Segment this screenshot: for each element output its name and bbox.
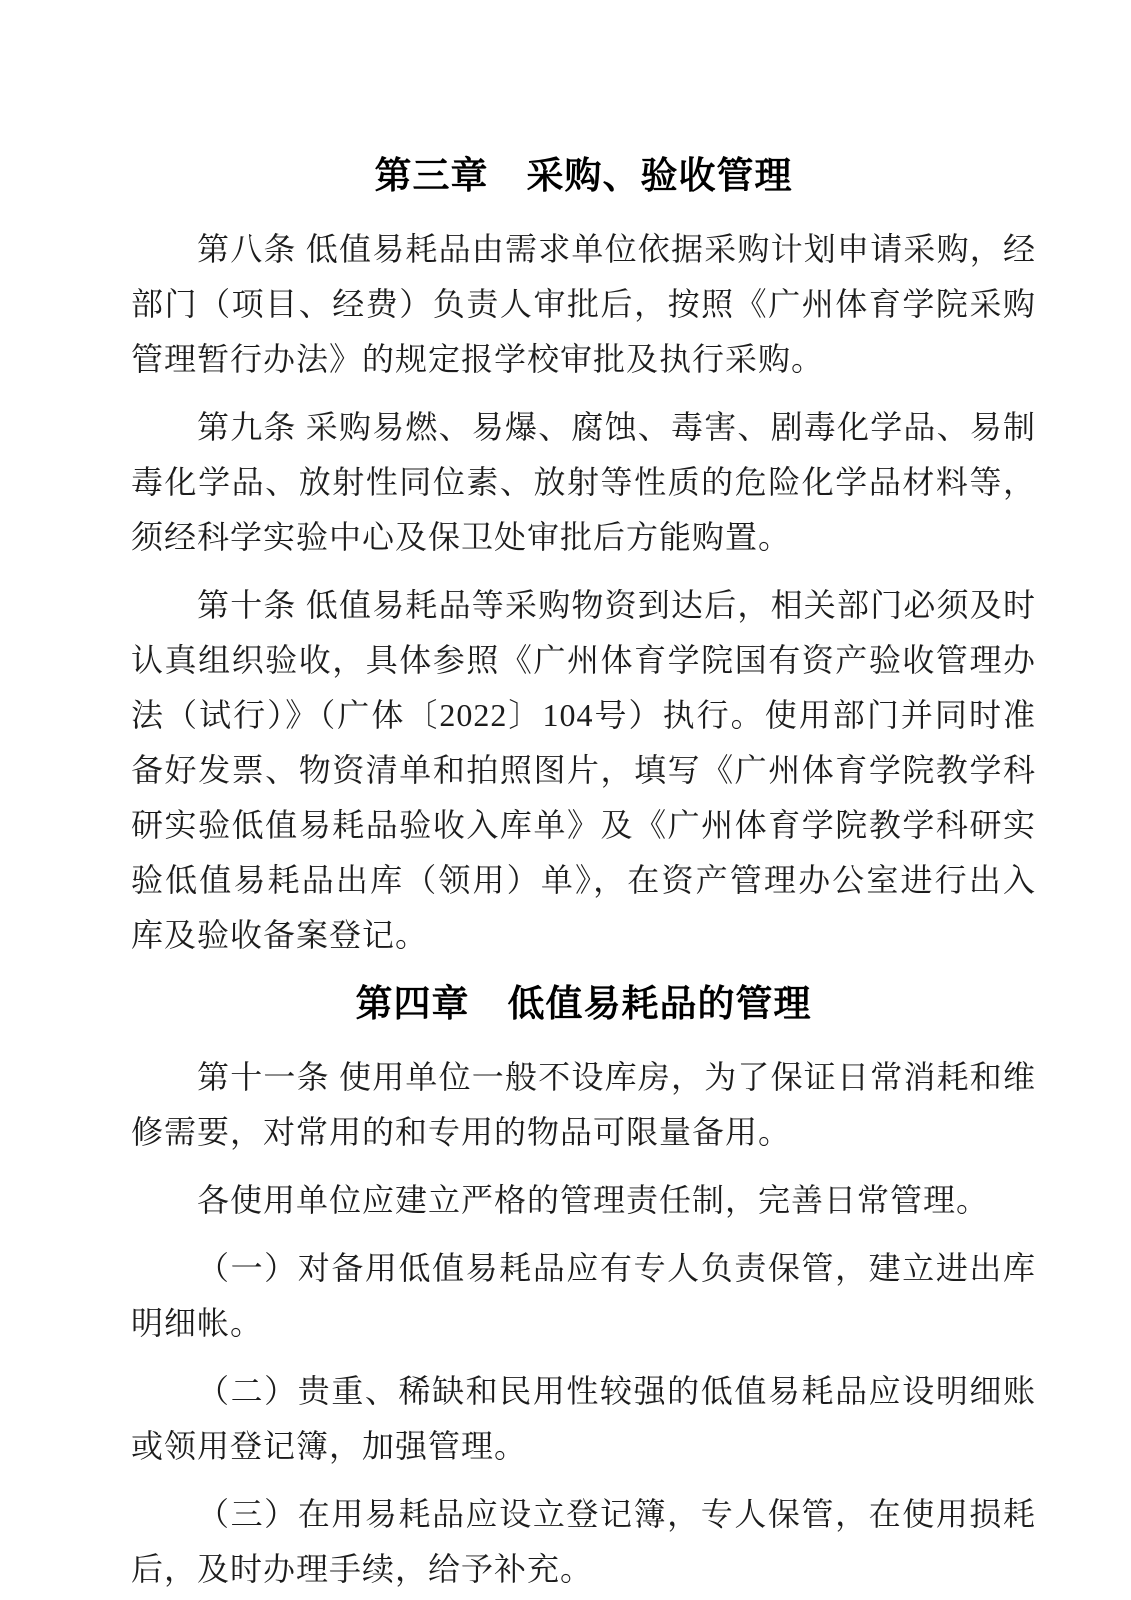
list-item-1-paragraph: （一）对备用低值易耗品应有专人负责保管，建立进出库明细帐。 — [131, 1241, 1036, 1351]
chapter-3-title: 采购、验收管理 — [527, 155, 793, 196]
list-item-2-paragraph: （二）贵重、稀缺和民用性较强的低值易耗品应设明细账或领用登记簿，加强管理。 — [131, 1364, 1036, 1474]
article-9-paragraph: 第九条 采购易燃、易爆、腐蚀、毒害、剧毒化学品、易制毒化学品、放射性同位素、放射… — [131, 400, 1036, 565]
chapter-4-number: 第四章 — [356, 983, 470, 1024]
management-intro-paragraph: 各使用单位应建立严格的管理责任制，完善日常管理。 — [131, 1173, 1036, 1228]
chapter-3-number: 第三章 — [375, 155, 489, 196]
article-11-paragraph: 第十一条 使用单位一般不设库房，为了保证日常消耗和维修需要，对常用的和专用的物品… — [131, 1050, 1036, 1160]
list-item-3-paragraph: （三）在用易耗品应设立登记簿，专人保管，在使用损耗后，及时办理手续，给予补充。 — [131, 1487, 1036, 1597]
article-8-paragraph: 第八条 低值易耗品由需求单位依据采购计划申请采购，经部门（项目、经费）负责人审批… — [131, 222, 1036, 387]
document-page: 第三章采购、验收管理 第八条 低值易耗品由需求单位依据采购计划申请采购，经部门（… — [0, 0, 1131, 1600]
chapter-4-title: 低值易耗品的管理 — [508, 983, 812, 1024]
chapter-3-heading: 第三章采购、验收管理 — [131, 148, 1036, 203]
article-10-paragraph: 第十条 低值易耗品等采购物资到达后，相关部门必须及时认真组织验收，具体参照《广州… — [131, 578, 1036, 963]
chapter-4-heading: 第四章低值易耗品的管理 — [131, 976, 1036, 1031]
